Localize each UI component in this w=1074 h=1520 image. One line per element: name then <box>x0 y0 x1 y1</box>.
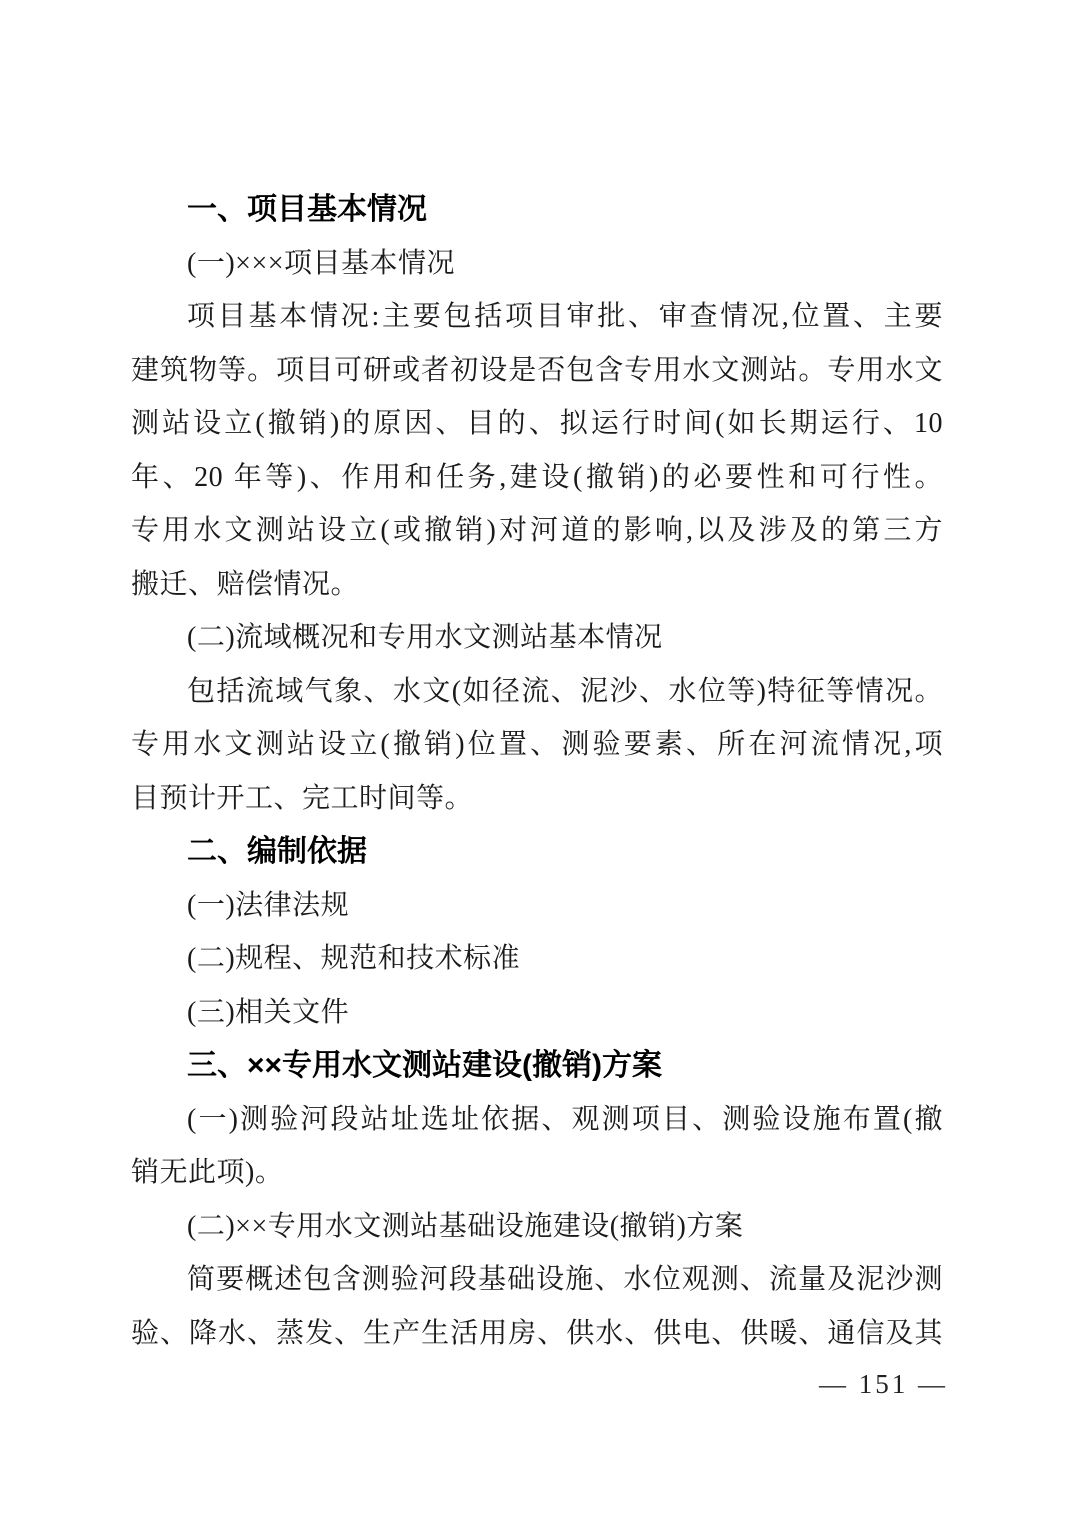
text-line: (三)相关文件 <box>131 986 943 1040</box>
section-heading: 三、××专用水文测站建设(撤销)方案 <box>131 1039 943 1093</box>
text-line: 项目基本情况:主要包括项目审批、审查情况,位置、主要 <box>131 290 943 344</box>
text-line: (一)×××项目基本情况 <box>131 237 943 291</box>
text-line: 目预计开工、完工时间等。 <box>131 772 943 826</box>
text-line: 专用水文测站设立(撤销)位置、测验要素、所在河流情况,项 <box>131 718 943 772</box>
text-line: 建筑物等。项目可研或者初设是否包含专用水文测站。专用水文 <box>131 344 943 398</box>
text-line: (二)流域概况和专用水文测站基本情况 <box>131 611 943 665</box>
page-number: — 151 — <box>819 1358 948 1412</box>
text-line: 包括流域气象、水文(如径流、泥沙、水位等)特征等情况。 <box>131 665 943 719</box>
text-line: 搬迁、赔偿情况。 <box>131 558 943 612</box>
text-line: 测站设立(撤销)的原因、目的、拟运行时间(如长期运行、10 <box>131 397 943 451</box>
text-line: (二)××专用水文测站基础设施建设(撤销)方案 <box>131 1200 943 1254</box>
document-page: 一、项目基本情况(一)×××项目基本情况项目基本情况:主要包括项目审批、审查情况… <box>0 0 1074 1520</box>
text-line: (二)规程、规范和技术标准 <box>131 932 943 986</box>
section-heading: 二、编制依据 <box>131 825 943 879</box>
section-heading: 一、项目基本情况 <box>131 183 943 237</box>
text-line: 年、20 年等)、作用和任务,建设(撤销)的必要性和可行性。 <box>131 451 943 505</box>
text-line: 销无此项)。 <box>131 1146 943 1200</box>
text-line: 简要概述包含测验河段基础设施、水位观测、流量及泥沙测 <box>131 1253 943 1307</box>
text-line: (一)法律法规 <box>131 879 943 933</box>
text-line: 验、降水、蒸发、生产生活用房、供水、供电、供暖、通信及其 <box>131 1307 943 1361</box>
document-content: 一、项目基本情况(一)×××项目基本情况项目基本情况:主要包括项目审批、审查情况… <box>131 183 943 1360</box>
text-line: 专用水文测站设立(或撤销)对河道的影响,以及涉及的第三方 <box>131 504 943 558</box>
text-line: (一)测验河段站址选址依据、观测项目、测验设施布置(撤 <box>131 1093 943 1147</box>
